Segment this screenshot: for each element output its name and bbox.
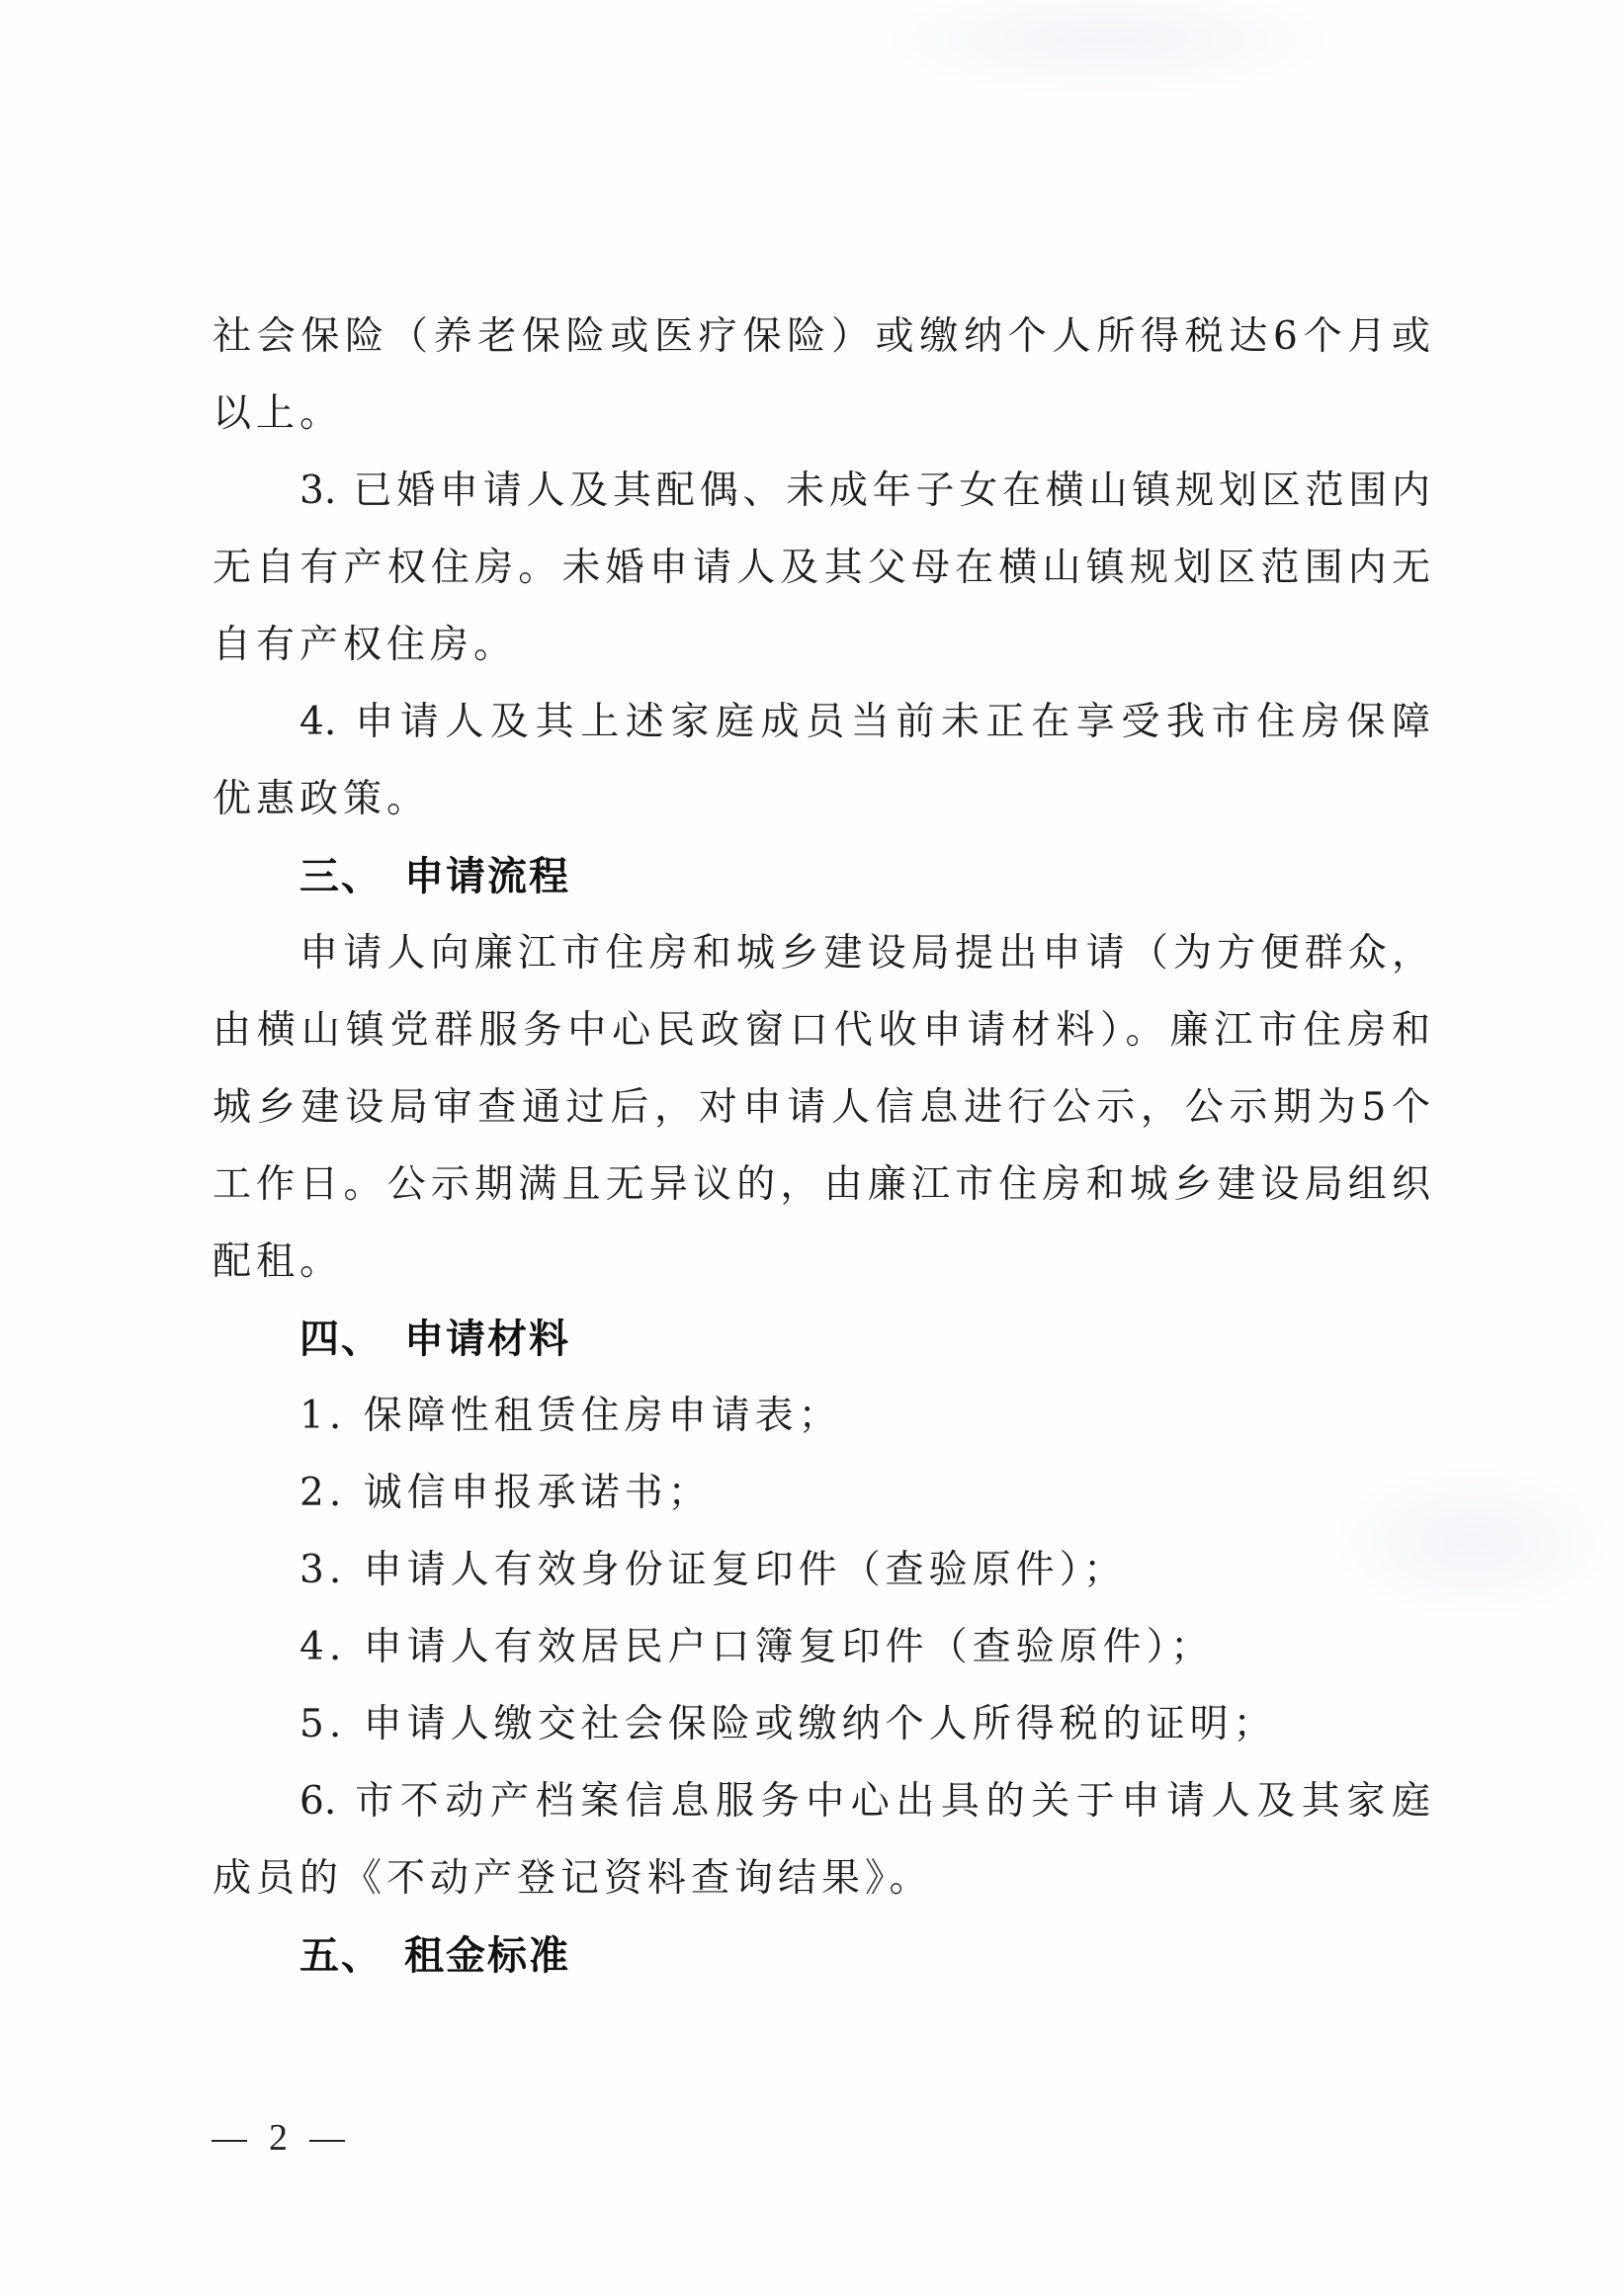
paragraph-line: 配租。 <box>213 1224 1430 1301</box>
paragraph-line: 以上。 <box>213 376 1430 453</box>
section-number: 五、 <box>299 1933 383 1979</box>
section-number: 三、 <box>299 854 383 899</box>
section-heading-application-process: 三、申请流程 <box>213 838 1430 915</box>
document-page: 社会保险（养老保险或医疗保险）或缴纳个人所得税达6个月或 以上。 3. 已婚申请… <box>0 0 1621 2296</box>
page-number-value: 2 <box>269 2113 288 2163</box>
page-number: 2 <box>212 2113 345 2163</box>
section-heading-rent-standard: 五、租金标准 <box>213 1917 1430 1995</box>
paragraph-line: 优惠政策。 <box>213 761 1430 838</box>
paragraph-line: 申请人向廉江市住房和城乡建设局提出申请（为方便群众， <box>213 915 1430 992</box>
section-heading-application-materials: 四、申请材料 <box>213 1301 1430 1378</box>
paragraph-line: 自有产权住房。 <box>213 607 1430 684</box>
list-item: 3. 申请人有效身份证复印件（查验原件）； <box>213 1532 1430 1609</box>
section-title: 租金标准 <box>404 1933 570 1979</box>
document-body: 社会保险（养老保险或医疗保险）或缴纳个人所得税达6个月或 以上。 3. 已婚申请… <box>213 298 1430 1995</box>
paragraph-line: 社会保险（养老保险或医疗保险）或缴纳个人所得税达6个月或 <box>213 298 1430 376</box>
list-item: 1. 保障性租赁住房申请表； <box>213 1378 1430 1455</box>
scan-artifact <box>870 0 1344 99</box>
dash-left-icon <box>212 2140 247 2142</box>
paragraph-line: 无自有产权住房。未婚申请人及其父母在横山镇规划区范围内无 <box>213 530 1430 607</box>
dash-right-icon <box>309 2140 345 2142</box>
paragraph-line: 城乡建设局审查通过后，对申请人信息进行公示，公示期为5个 <box>213 1069 1430 1147</box>
list-item: 2. 诚信申报承诺书； <box>213 1455 1430 1532</box>
section-title: 申请流程 <box>404 854 570 899</box>
paragraph-line: 由横山镇党群服务中心民政窗口代收申请材料）。廉江市住房和 <box>213 992 1430 1069</box>
section-number: 四、 <box>299 1317 383 1362</box>
list-item-continuation: 成员的《不动产登记资料查询结果》。 <box>213 1840 1430 1917</box>
list-item: 5. 申请人缴交社会保险或缴纳个人所得税的证明； <box>213 1686 1430 1763</box>
paragraph-line: 3. 已婚申请人及其配偶、未成年子女在横山镇规划区范围内 <box>213 453 1430 530</box>
paragraph-line: 4. 申请人及其上述家庭成员当前未正在享受我市住房保障 <box>213 684 1430 761</box>
paragraph-line: 工作日。公示期满且无异议的，由廉江市住房和城乡建设局组织 <box>213 1147 1430 1224</box>
list-item: 4. 申请人有效居民户口簿复印件（查验原件）； <box>213 1609 1430 1686</box>
list-item: 6. 市不动产档案信息服务中心出具的关于申请人及其家庭 <box>213 1763 1430 1840</box>
section-title: 申请材料 <box>404 1317 570 1362</box>
